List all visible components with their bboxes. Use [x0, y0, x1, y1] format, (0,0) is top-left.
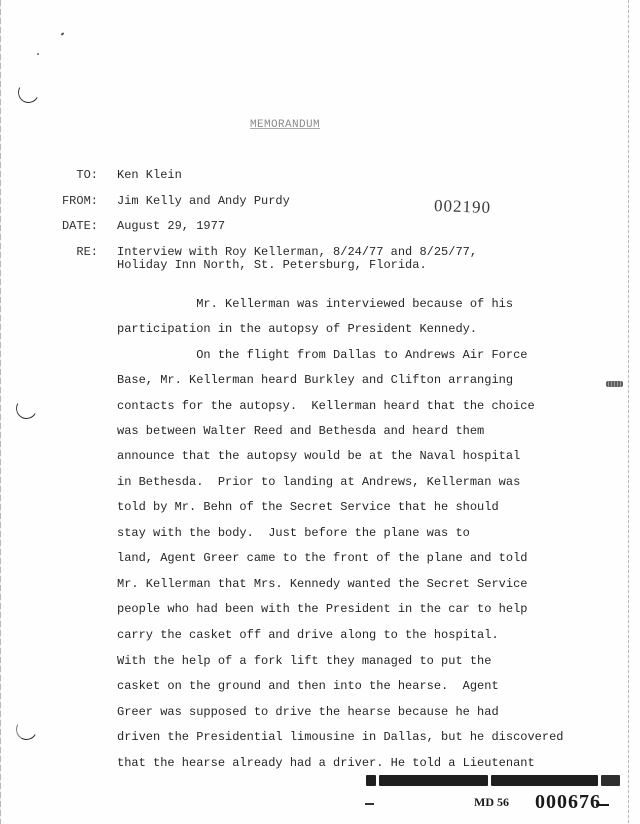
redaction-bar: [601, 775, 620, 786]
body-line: Mr. Kellerman that Mrs. Kennedy wanted t…: [117, 577, 527, 591]
body-line: that the hearse already had a driver. He…: [117, 756, 535, 770]
body-line: Greer was supposed to drive the hearse b…: [117, 705, 499, 719]
from-value: Jim Kelly and Andy Purdy: [117, 194, 290, 208]
body-line: told by Mr. Behn of the Secret Service t…: [117, 500, 499, 514]
re-value-line2: Holiday Inn North, St. Petersburg, Flori…: [117, 258, 427, 272]
body-line: announce that the autopsy would be at th…: [117, 449, 520, 463]
to-value: Ken Klein: [117, 168, 182, 182]
redaction-bar: [379, 775, 488, 786]
redaction-bar: [491, 775, 598, 786]
punch-hole-mark: [14, 717, 40, 743]
re-label: RE:: [50, 245, 98, 259]
body-line: contacts for the autopsy. Kellerman hear…: [117, 399, 535, 413]
body-line: stay with the body. Just before the plan…: [117, 526, 470, 540]
scan-edge-right: [628, 0, 629, 824]
to-label: TO:: [50, 168, 98, 182]
footer-dash: [365, 803, 374, 805]
document-page: MEMORANDUM TO: Ken Klein FROM: Jim Kelly…: [0, 0, 640, 824]
scan-edge-left: [0, 0, 1, 824]
date-label: DATE:: [50, 219, 98, 233]
body-line: people who had been with the President i…: [117, 602, 527, 616]
body-line: Base, Mr. Kellerman heard Burkley and Cl…: [117, 373, 513, 387]
body-line: carry the casket off and drive along to …: [117, 628, 499, 642]
punch-hole-mark: [14, 396, 40, 422]
scan-speck: [37, 53, 39, 55]
footer-bates-number: 000676: [535, 791, 601, 814]
body-line: in Bethesda. Prior to landing at Andrews…: [117, 475, 520, 489]
body-line: driven the Presidential limousine in Dal…: [117, 730, 563, 744]
body-line: On the flight from Dallas to Andrews Air…: [117, 348, 527, 362]
footer-md-label: MD 56: [474, 795, 509, 810]
date-value: August 29, 1977: [117, 219, 225, 233]
re-value-line1: Interview with Roy Kellerman, 8/24/77 an…: [117, 245, 477, 259]
footer-tail-line: [596, 804, 609, 806]
document-stamp-number: 002190: [434, 196, 492, 218]
margin-mark: [606, 381, 623, 387]
body-line: was between Walter Reed and Bethesda and…: [117, 424, 484, 438]
body-line: Mr. Kellerman was interviewed because of…: [117, 297, 513, 311]
body-line: participation in the autopsy of Presiden…: [117, 322, 477, 336]
scan-speck: [61, 32, 65, 35]
body-line: land, Agent Greer came to the front of t…: [117, 551, 527, 565]
body-line: With the help of a fork lift they manage…: [117, 654, 491, 668]
redaction-bar: [366, 775, 376, 786]
punch-hole-mark: [16, 80, 42, 106]
body-line: casket on the ground and then into the h…: [117, 679, 499, 693]
memo-title: MEMORANDUM: [250, 118, 320, 132]
from-label: FROM:: [50, 194, 98, 208]
